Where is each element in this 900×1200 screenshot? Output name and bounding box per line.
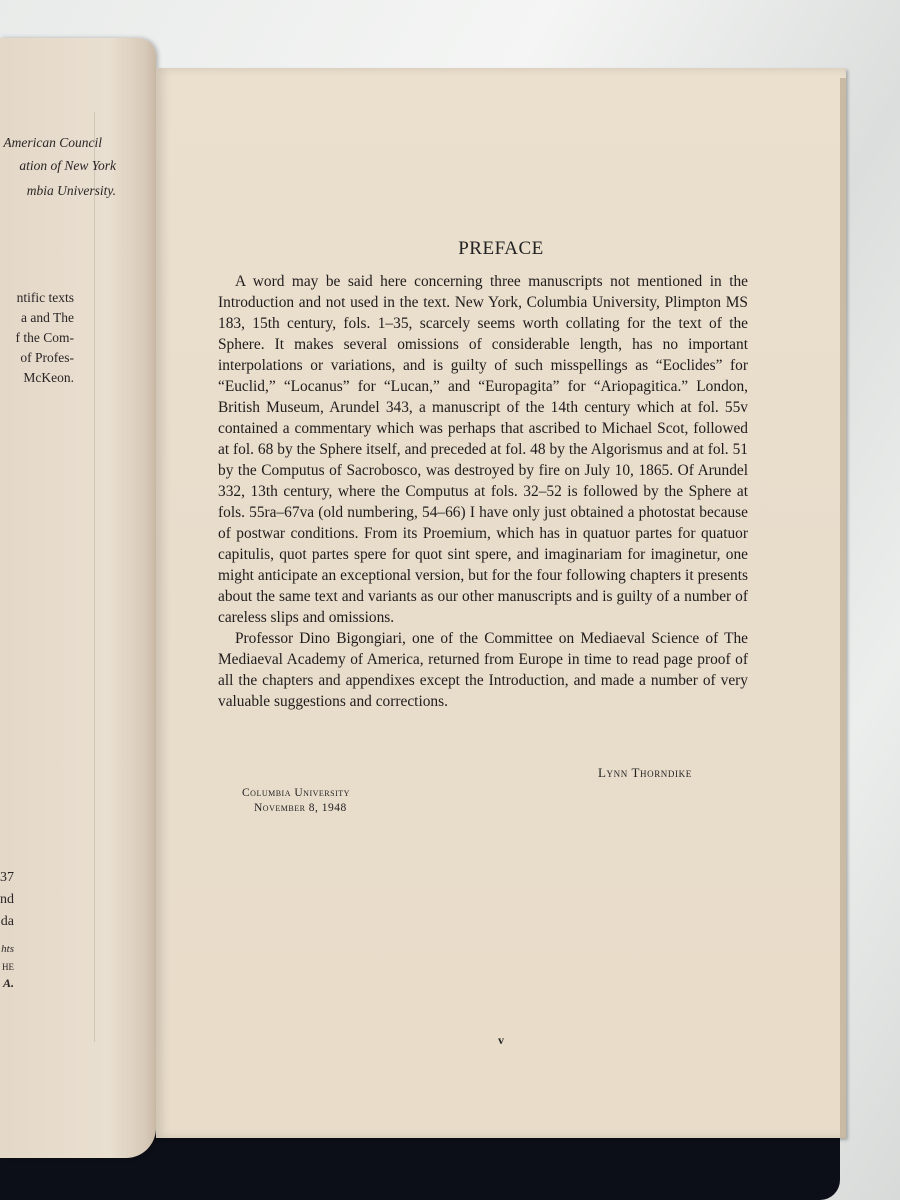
page-title: PREFACE bbox=[156, 238, 846, 260]
left-line: nd bbox=[0, 890, 14, 909]
page-number: v bbox=[156, 1033, 846, 1048]
preface-body: A word may be said here concerning three… bbox=[218, 271, 748, 712]
left-line: a and The bbox=[21, 308, 74, 327]
left-line: A. bbox=[3, 974, 14, 993]
left-page: American Council ation of New York mbia … bbox=[0, 38, 156, 1158]
left-line: f the Com- bbox=[16, 328, 75, 347]
left-line: ation of New York bbox=[19, 156, 116, 175]
left-line: 37 bbox=[0, 868, 14, 887]
left-line: mbia University. bbox=[27, 181, 116, 200]
author-signature: Lynn Thorndike bbox=[598, 765, 692, 781]
page-edge bbox=[840, 78, 846, 1138]
left-line: hts bbox=[1, 940, 14, 959]
left-line: ntific texts bbox=[17, 288, 74, 307]
left-line: American Council bbox=[3, 133, 102, 152]
right-page: PREFACE A word may be said here concerni… bbox=[156, 68, 846, 1138]
left-line: McKeon. bbox=[23, 368, 74, 387]
preface-paragraph-2: Professor Dino Bigongiari, one of the Co… bbox=[218, 628, 748, 712]
preface-paragraph-1: A word may be said here concerning three… bbox=[218, 271, 748, 628]
left-line: da bbox=[1, 912, 14, 931]
left-line: of Profes- bbox=[20, 348, 74, 367]
left-page-frame-rule bbox=[0, 112, 95, 1042]
date: November 8, 1948 bbox=[242, 801, 350, 816]
place-and-date: Columbia University November 8, 1948 bbox=[242, 786, 350, 816]
place: Columbia University bbox=[242, 786, 350, 801]
